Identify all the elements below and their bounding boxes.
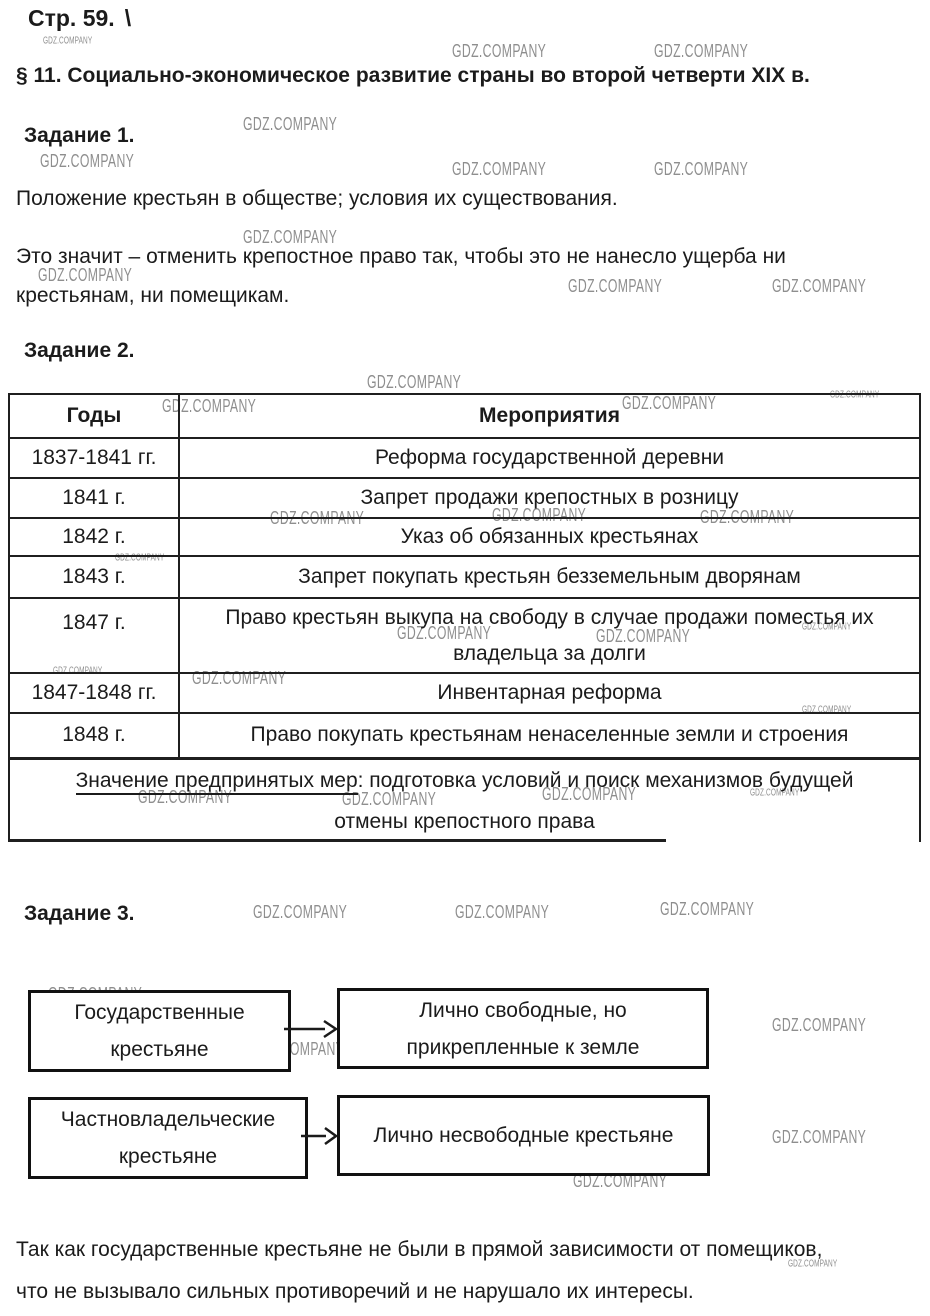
watermark: GDZ.COMPANY <box>253 903 347 921</box>
measure-cell: Указ об обязанных крестьянах <box>179 518 920 556</box>
year-cell: 1843 г. <box>9 556 179 598</box>
watermark: GDZ.COMPANY <box>568 277 662 295</box>
measure-cell: Инвентарная реформа <box>179 673 920 713</box>
task1-answer2-line1: Это значит – отменить крепостное право т… <box>16 245 786 269</box>
page-number-label: Стр. 59.\ <box>28 5 131 32</box>
page-number-text: Стр. 59. <box>28 5 115 31</box>
table-row: 1847-1848 гг. Инвентарная реформа <box>9 673 920 713</box>
table-row: 1841 г. Запрет продажи крепостных в розн… <box>9 478 920 518</box>
task1-label: Задание 1. <box>24 124 134 148</box>
table-row: 1848 г. Право покупать крестьянам ненасе… <box>9 713 920 758</box>
measure-line2: владельца за долги <box>184 636 915 672</box>
box-text-line: Государственные <box>74 994 244 1031</box>
watermark: GDZ.COMPANY <box>43 36 92 46</box>
table-row: 1847 г. Право крестьян выкупа на свободу… <box>9 598 920 673</box>
table-row: 1837-1841 гг. Реформа государственной де… <box>9 438 920 478</box>
table-footer-row: Значение предпринятых мер: подготовка ус… <box>9 758 920 842</box>
diagram-box-personally-unfree: Лично несвободные крестьяне <box>337 1095 710 1176</box>
year-cell: 1847 г. <box>9 598 179 673</box>
table-header-row: Годы Мероприятия <box>9 394 920 438</box>
footer-rest-text: : подготовка условий и поиск механизмов … <box>358 769 854 792</box>
table-bottom-partial-border <box>8 839 666 842</box>
watermark: GDZ.COMPANY <box>452 160 546 178</box>
box-text-line: Частновладельческие <box>61 1101 275 1138</box>
watermark: GDZ.COMPANY <box>772 1128 866 1146</box>
box-text-line: крестьяне <box>119 1138 217 1175</box>
watermark: GDZ.COMPANY <box>367 373 461 391</box>
table-row: 1842 г. Указ об обязанных крестьянах <box>9 518 920 556</box>
footer-underlined-text: Значение предпринятых мер <box>76 769 358 795</box>
watermark: GDZ.COMPANY <box>772 277 866 295</box>
watermark: GDZ.COMPANY <box>654 160 748 178</box>
watermark: GDZ.COMPANY <box>452 42 546 60</box>
watermark: GDZ.COMPANY <box>40 152 134 170</box>
box-text-line: Лично свободные, но <box>419 992 626 1029</box>
footer-line2: отмены крепостного права <box>14 801 915 842</box>
box-text-line: прикрепленные к земле <box>407 1029 640 1066</box>
footer-line1: Значение предпринятых мер: подготовка ус… <box>14 760 915 801</box>
conclusion-line1: Так как государственные крестьяне не был… <box>16 1238 822 1262</box>
page-title: § 11. Социально-экономическое развитие с… <box>16 64 810 88</box>
task3-label: Задание 3. <box>24 902 134 926</box>
watermark: GDZ.COMPANY <box>455 903 549 921</box>
task2-label: Задание 2. <box>24 339 134 363</box>
year-cell: 1842 г. <box>9 518 179 556</box>
box-text-line: крестьяне <box>110 1031 208 1068</box>
diagram-box-state-peasants: Государственные крестьяне <box>28 990 291 1072</box>
measure-cell: Право покупать крестьянам ненаселенные з… <box>179 713 920 758</box>
document-page: GDZ.COMPANY GDZ.COMPANY GDZ.COMPANY GDZ.… <box>0 0 930 1316</box>
task1-answer2-line2: крестьянам, ни помещикам. <box>16 284 289 308</box>
conclusion-line2: что не вызывало сильных противоречий и н… <box>16 1280 694 1304</box>
year-cell: 1848 г. <box>9 713 179 758</box>
watermark: GDZ.COMPANY <box>243 115 337 133</box>
measure-cell: Право крестьян выкупа на свободу в случа… <box>179 598 920 673</box>
measure-line1: Право крестьян выкупа на свободу в случа… <box>184 600 915 636</box>
year-cell: 1841 г. <box>9 478 179 518</box>
measures-table: Годы Мероприятия 1837-1841 гг. Реформа г… <box>8 393 921 842</box>
year-cell: 1847-1848 гг. <box>9 673 179 713</box>
box-text-line: Лично несвободные крестьяне <box>374 1117 674 1154</box>
measure-cell: Запрет покупать крестьян безземельным дв… <box>179 556 920 598</box>
page-label-mark: \ <box>125 5 131 31</box>
table-header-measures: Мероприятия <box>179 394 920 438</box>
watermark: GDZ.COMPANY <box>654 42 748 60</box>
arrow-right-icon <box>301 1123 338 1149</box>
arrow-right-icon <box>284 1016 338 1042</box>
watermark: GDZ.COMPANY <box>772 1016 866 1034</box>
measure-cell: Реформа государственной деревни <box>179 438 920 478</box>
diagram-box-personally-free: Лично свободные, но прикрепленные к земл… <box>337 988 709 1069</box>
table-row: 1843 г. Запрет покупать крестьян безземе… <box>9 556 920 598</box>
watermark: GDZ.COMPANY <box>660 900 754 918</box>
task1-answer1: Положение крестьян в обществе; условия и… <box>16 187 618 211</box>
watermark: GDZ.COMPANY <box>243 228 337 246</box>
table-footer-cell: Значение предпринятых мер: подготовка ус… <box>9 758 920 842</box>
year-cell: 1837-1841 гг. <box>9 438 179 478</box>
measure-cell: Запрет продажи крепостных в розницу <box>179 478 920 518</box>
table-header-years: Годы <box>9 394 179 438</box>
diagram-box-private-peasants: Частновладельческие крестьяне <box>28 1097 308 1179</box>
